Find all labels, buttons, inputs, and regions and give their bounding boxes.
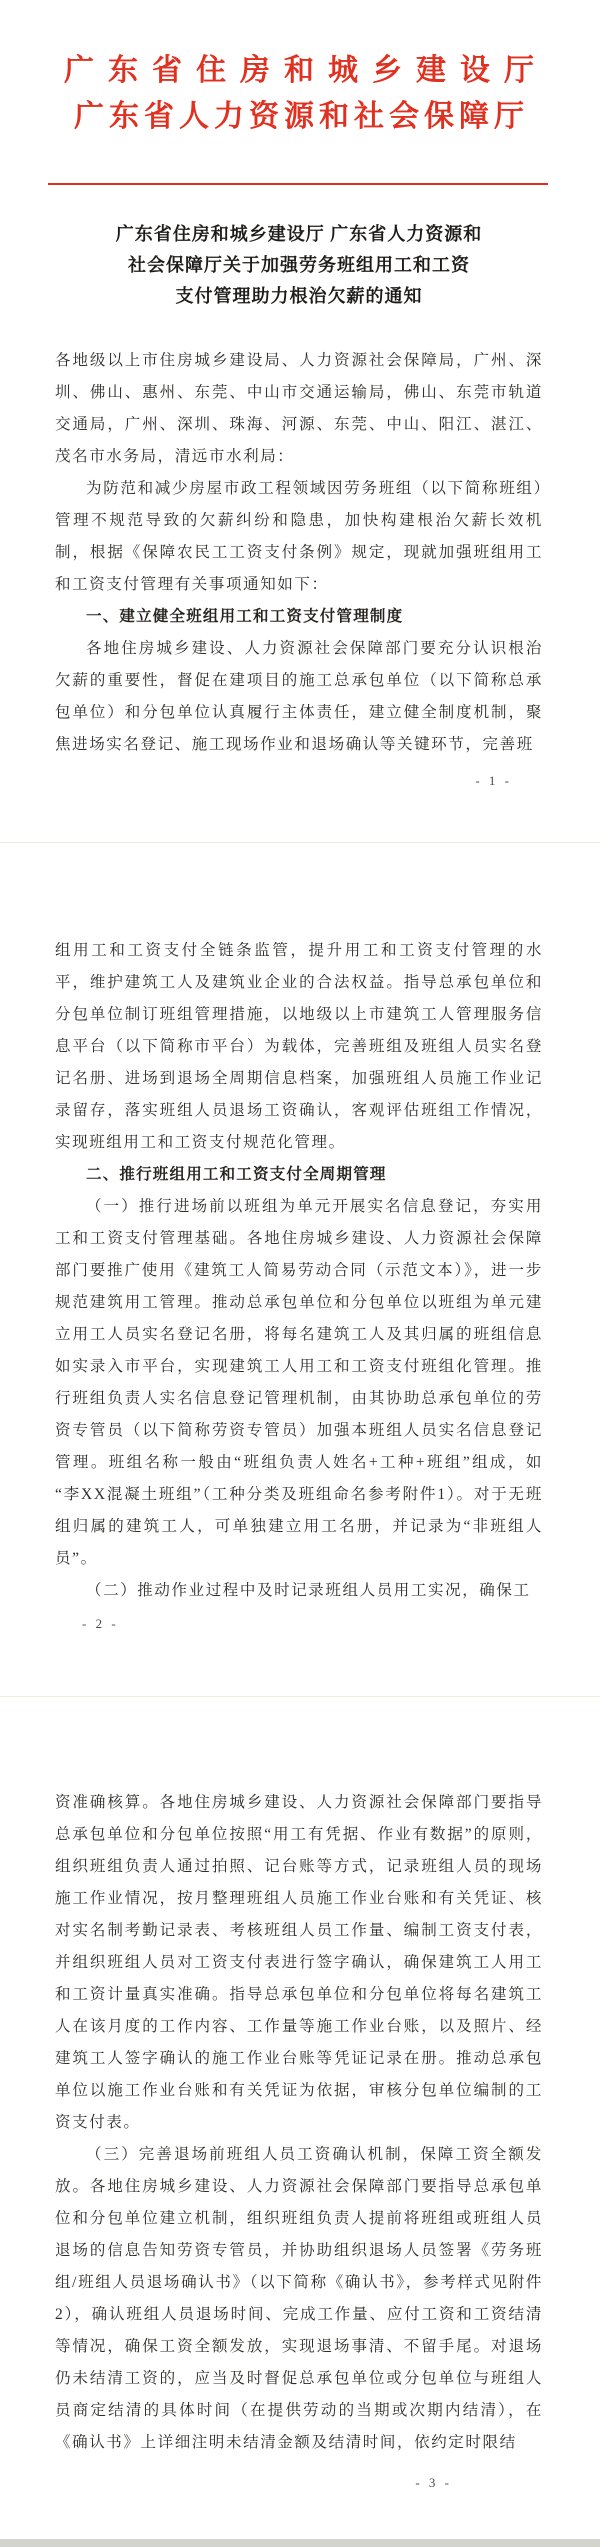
letterhead-divider — [48, 183, 548, 185]
page-1: 广东省住房和城乡建设厅 广东省人力资源和社会保障厅 广东省住房和城乡建设厅 广东… — [0, 0, 600, 843]
title-line-2: 社会保障厅关于加强劳务班组用工和工资 — [55, 250, 543, 281]
section1-paragraph: 各地住房城乡建设、人力资源社会保障部门要充分认识根治欠薪的重要性，督促在建项目的… — [55, 633, 543, 761]
document-title: 广东省住房和城乡建设厅 广东省人力资源和 社会保障厅关于加强劳务班组用工和工资 … — [55, 219, 543, 312]
continuation-paragraph-p2: 组用工和工资支付全链条监管，提升用工和工资支付管理的水平，维护建筑工人及建筑业企… — [55, 935, 543, 1159]
intro-paragraph: 为防范和减少房屋市政工程领域因劳务班组（以下简称班组）管理不规范导致的欠薪纠纷和… — [55, 473, 543, 601]
title-line-1: 广东省住房和城乡建设厅 广东省人力资源和 — [55, 219, 543, 250]
document: 广东省住房和城乡建设厅 广东省人力资源和社会保障厅 广东省住房和城乡建设厅 广东… — [0, 0, 600, 2547]
item-paragraph-1: （一）推行进场前以班组为单元开展实名信息登记，夯实用工和工资支付管理基础。各地住… — [55, 1191, 543, 1575]
item-paragraph-3: （三）完善退场前班组人员工资确认机制，保障工资全额发放。各地住房城乡建设、人力资… — [55, 2139, 543, 2459]
agency-name-line2: 广东省人力资源和社会保障厅 — [55, 94, 548, 140]
title-line-3: 支付管理助力根治欠薪的通知 — [55, 281, 543, 312]
agency-name-line1: 广东省住房和城乡建设厅 — [55, 48, 557, 94]
item-paragraph-2: （二）推动作业过程中及时记录班组人员用工实况，确保工 — [55, 1575, 543, 1607]
page-number-2: - 2 - — [82, 1616, 119, 1632]
scan-bottom-edge — [0, 2539, 600, 2547]
section-heading-2: 二、推行班组用工和工资支付全周期管理 — [55, 1159, 543, 1191]
page-number-3: - 3 - — [415, 2475, 452, 2491]
page-3: 资准确核算。各地住房城乡建设、人力资源社会保障部门要指导总承包单位和分包单位按照… — [0, 1697, 600, 2547]
section-heading-1: 一、建立健全班组用工和工资支付管理制度 — [55, 601, 543, 633]
continuation-paragraph-p3: 资准确核算。各地住房城乡建设、人力资源社会保障部门要指导总承包单位和分包单位按照… — [55, 1787, 543, 2139]
recipients-paragraph: 各地级以上市住房城乡建设局、人力资源社会保障局，广州、深圳、佛山、惠州、东莞、中… — [55, 345, 543, 473]
page-2: 组用工和工资支付全链条监管，提升用工和工资支付管理的水平，维护建筑工人及建筑业企… — [0, 843, 600, 1697]
page-number-1: - 1 - — [475, 773, 512, 789]
